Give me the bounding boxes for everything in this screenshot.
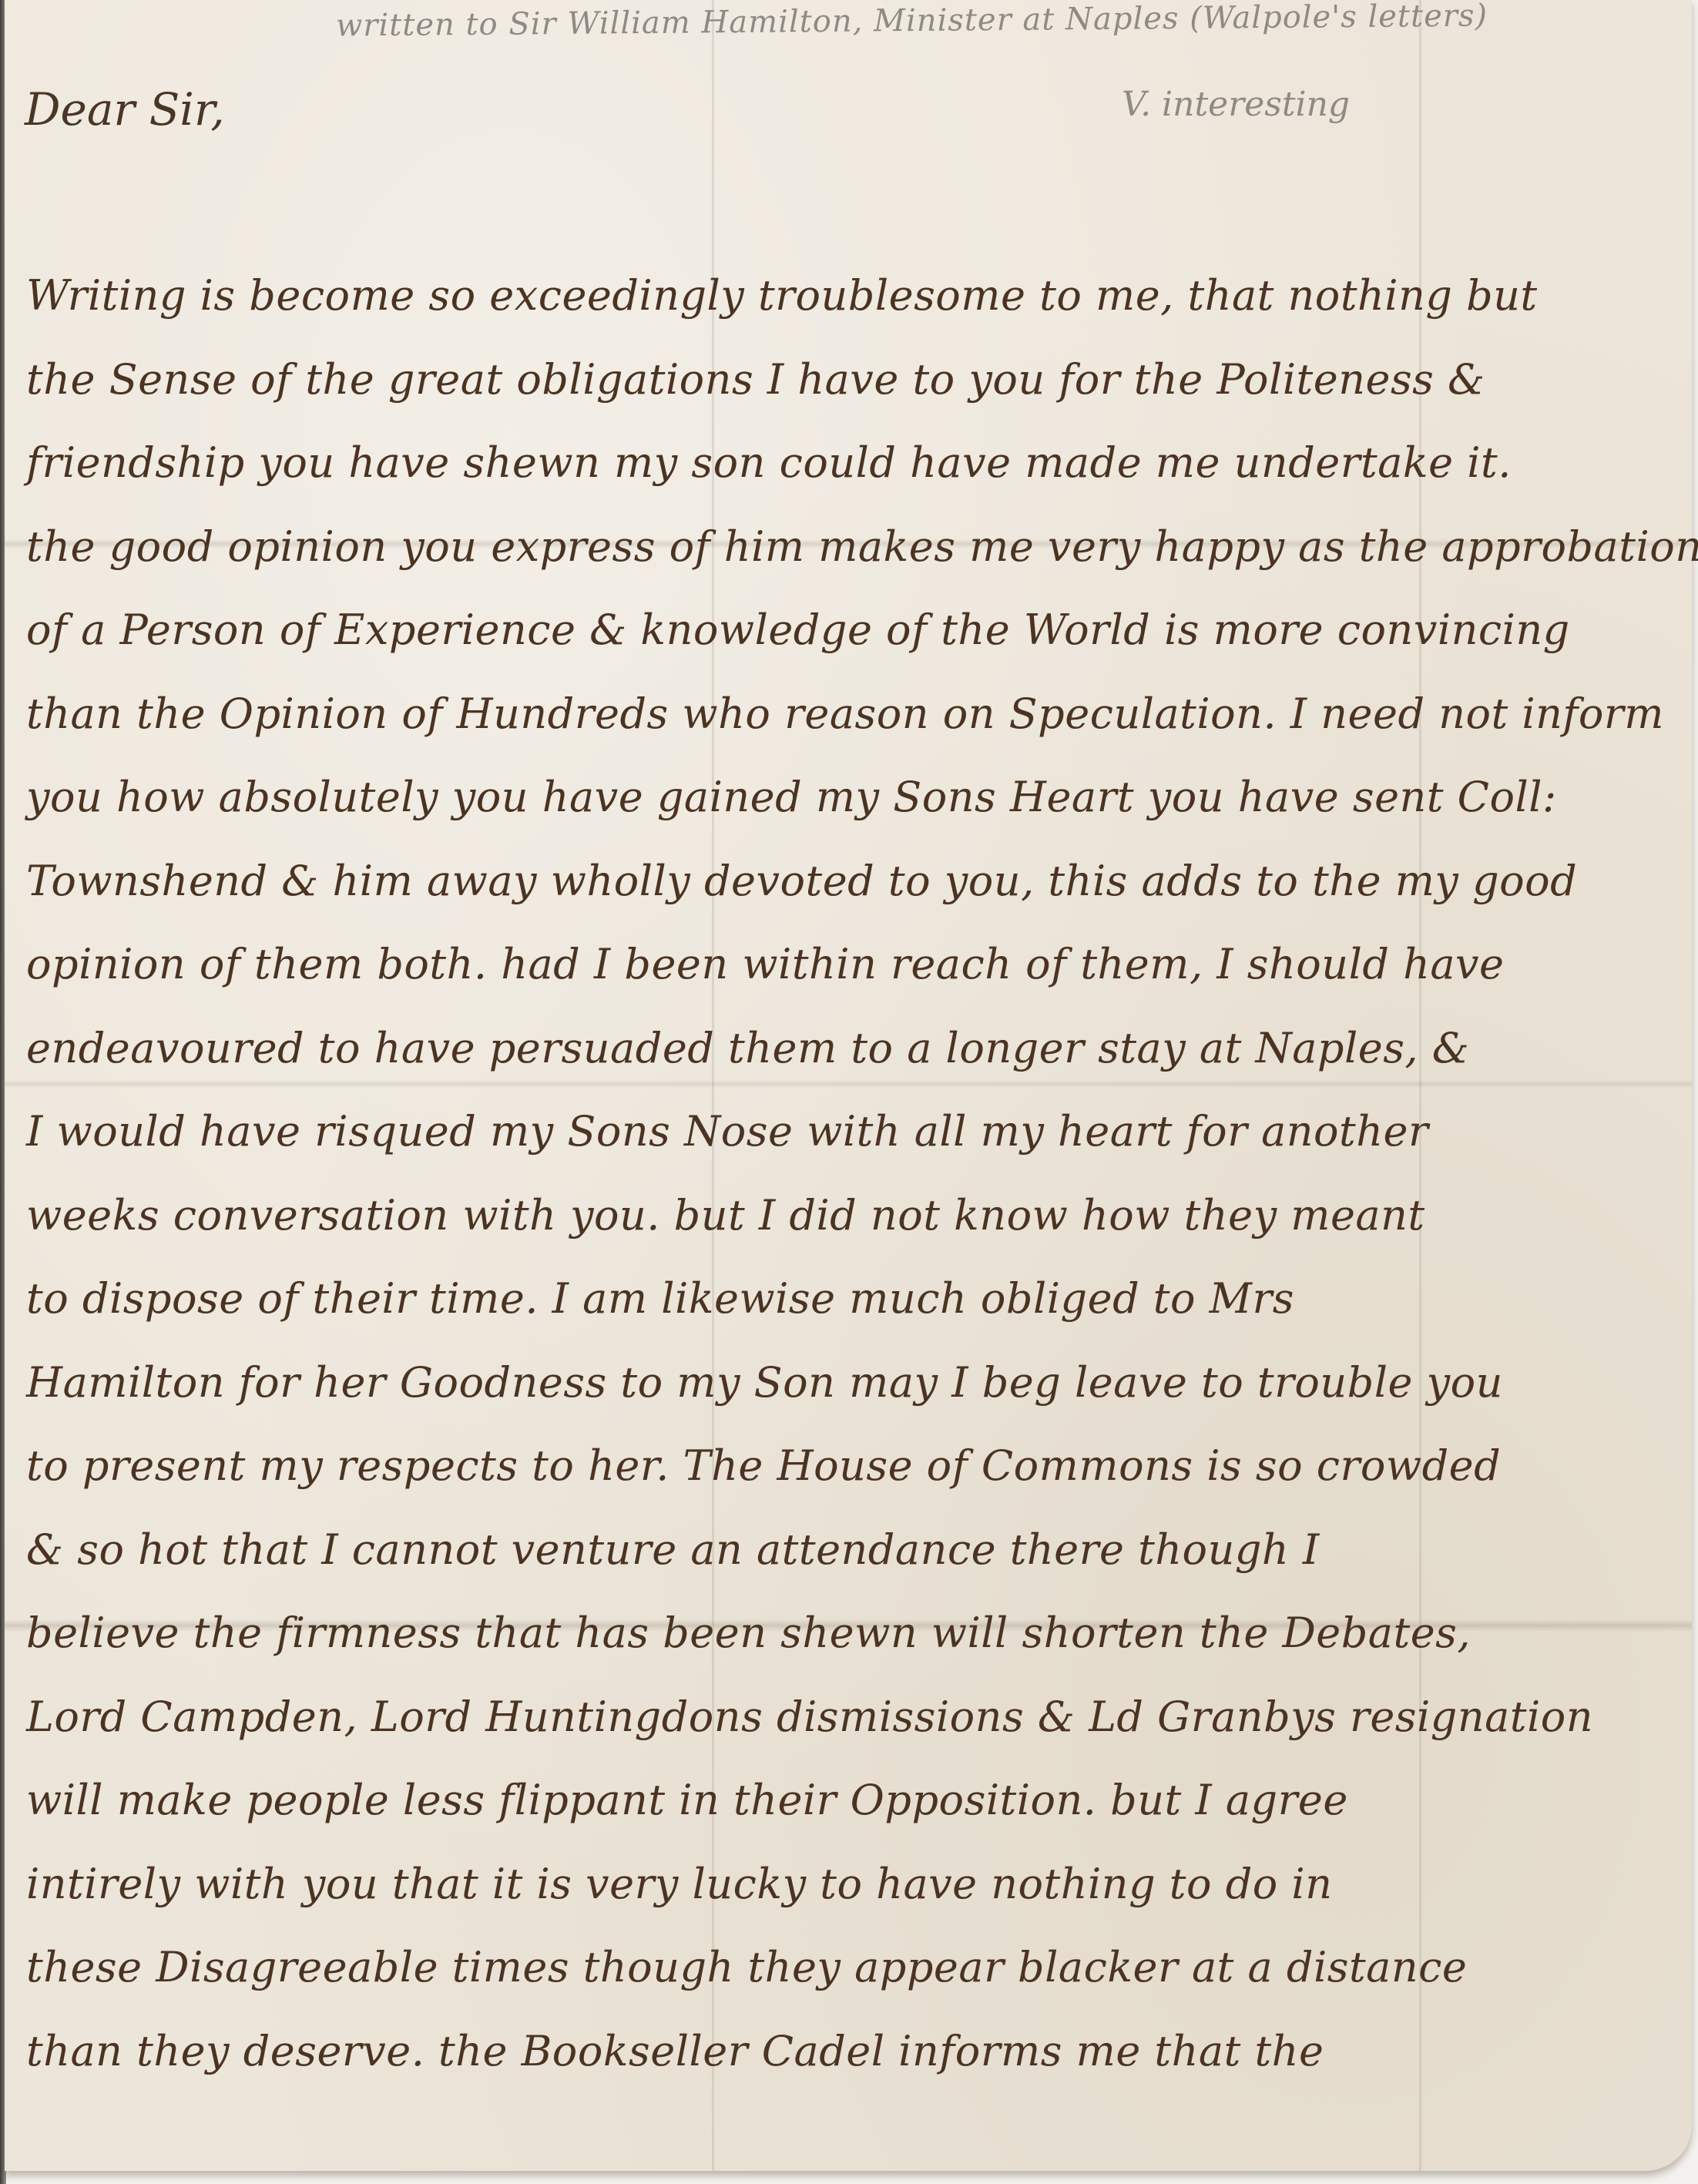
letter-line: weeks conversation with you. but I did n… [26, 1174, 1683, 1258]
letter-line: Lord Campden, Lord Huntingdons dismissio… [26, 1676, 1683, 1760]
letter-page: written to Sir William Hamilton, Ministe… [5, 0, 1692, 2171]
letter-line: intirely with you that it is very lucky … [26, 1843, 1683, 1927]
letter-line: the good opinion you express of him make… [26, 505, 1683, 589]
letter-body: Writing is become so exceedingly trouble… [26, 254, 1683, 2093]
letter-line: Writing is become so exceedingly trouble… [26, 254, 1683, 338]
letter-line: endeavoured to have persuaded them to a … [26, 1007, 1683, 1091]
letter-line: to dispose of their time. I am likewise … [26, 1257, 1683, 1341]
letter-line: these Disagreeable times though they app… [26, 1926, 1683, 2010]
letter-line: & so hot that I cannot venture an attend… [26, 1508, 1683, 1592]
letter-line: Hamilton for her Goodness to my Son may … [26, 1341, 1683, 1425]
letter-line: of a Person of Experience & knowledge of… [26, 589, 1683, 673]
letter-line: to present my respects to her. The House… [26, 1424, 1683, 1508]
letter-line: will make people less flippant in their … [26, 1759, 1683, 1843]
letter-salutation: Dear Sir, [25, 83, 225, 136]
letter-line: than the Opinion of Hundreds who reason … [26, 673, 1683, 757]
letter-line: opinion of them both. had I been within … [26, 923, 1683, 1007]
archival-pencil-mark: V. interesting [1122, 85, 1350, 124]
letter-line: Townshend & him away wholly devoted to y… [26, 840, 1683, 924]
letter-line: you how absolutely you have gained my So… [26, 756, 1683, 840]
letter-line: believe the firmness that has been shewn… [26, 1592, 1683, 1676]
letter-line: friendship you have shewn my son could h… [26, 421, 1683, 505]
letter-line: I would have risqued my Sons Nose with a… [26, 1090, 1683, 1174]
archival-pencil-note: written to Sir William Hamilton, Ministe… [336, 0, 1488, 44]
letter-line: the Sense of the great obligations I hav… [26, 338, 1683, 422]
letter-line: than they deserve. the Bookseller Cadel … [26, 2010, 1683, 2094]
